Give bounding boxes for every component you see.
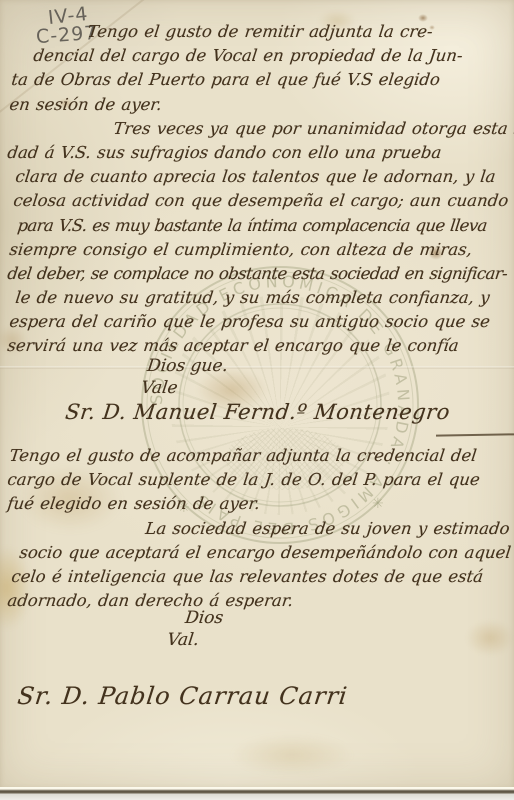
handwriting-line: del deber, se complace no obstante esta … — [6, 262, 513, 286]
letter2-valediction-val: Val. — [166, 630, 200, 650]
scan-bottom-edge — [0, 787, 514, 800]
paper-stain — [466, 620, 514, 656]
handwriting-line: cargo de Vocal suplente de la J. de O. d… — [6, 468, 513, 492]
handwriting-line: celosa actividad con que desempeña el ca… — [6, 189, 513, 213]
handwriting-line: siempre consigo el cumplimiento, con alt… — [6, 238, 513, 262]
handwriting-line: para V.S. es muy bastante la íntima comp… — [6, 214, 513, 238]
letter2-body: Tengo el gusto de acompañar adjunta la c… — [6, 444, 510, 613]
scanned-letter-screenshot: { "archival_marks": { "mark1": "IV-4", "… — [0, 0, 514, 800]
handwriting-line: Tres veces ya que por unanimidad otorga … — [6, 117, 513, 141]
handwriting-line: le de nuevo su gratitud, y su más comple… — [6, 286, 513, 310]
handwriting-line: espera del cariño que le profesa su anti… — [6, 310, 513, 334]
handwriting-line: Tengo el gusto de remitir adjunta la cre… — [6, 20, 513, 44]
handwriting-line: en sesión de ayer. — [6, 93, 513, 117]
handwriting-line: dad á V.S. sus sufragios dando con ello … — [6, 141, 513, 165]
paper-stain — [230, 734, 354, 776]
handwriting-line: socio que aceptará el encargo desempeñán… — [6, 541, 513, 565]
letter1-valediction-vale: Vale — [140, 378, 179, 398]
letter1-valediction-dios: Dios gue. — [146, 356, 229, 376]
handwriting-line: La sociedad espera de su joven y estimad… — [6, 517, 513, 541]
handwriting-line: celo é inteligencia que las relevantes d… — [6, 565, 513, 589]
handwriting-line: fué elegido en sesión de ayer. — [6, 492, 513, 516]
letter1-addressee: Sr. D. Manuel Fernd.º Montenegro — [64, 400, 451, 424]
handwriting-line: adornado, dan derecho á esperar. — [6, 589, 513, 613]
handwriting-line: servirá una vez más aceptar el encargo q… — [6, 334, 513, 358]
handwriting-line: ta de Obras del Puerto para el que fué V… — [6, 68, 513, 92]
handwriting-line: dencial del cargo de Vocal en propiedad … — [6, 44, 513, 68]
paper-crease-horizontal — [0, 366, 514, 369]
handwriting-line: clara de cuanto aprecia los talentos que… — [6, 165, 513, 189]
letter2-valediction-dios: Dios — [184, 608, 224, 628]
letter2-addressee: Sr. D. Pablo Carrau Carri — [16, 682, 349, 710]
letter1-body: Tengo el gusto de remitir adjunta la cre… — [6, 20, 510, 359]
handwriting-line: Tengo el gusto de acompañar adjunta la c… — [6, 444, 513, 468]
